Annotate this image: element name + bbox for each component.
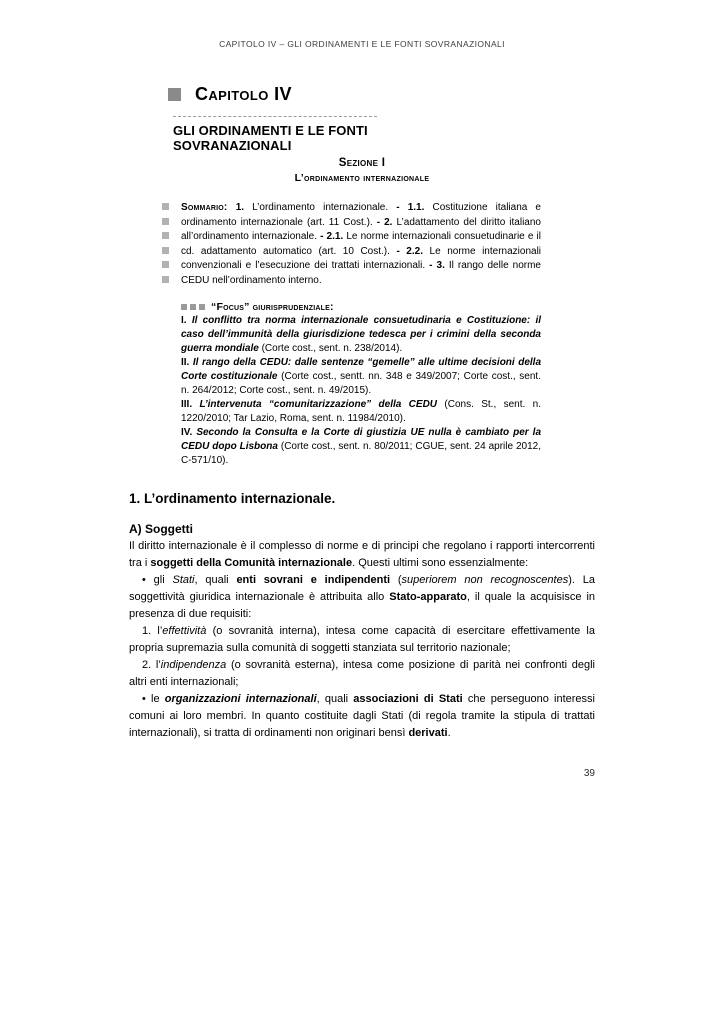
page-number: 39	[129, 768, 595, 779]
sub-heading: A) Soggetti	[129, 522, 193, 536]
chapter-label: Capitolo IV	[195, 84, 292, 105]
focus-block: “Focus” giurisprudenziale: I. Il conflit…	[181, 300, 541, 468]
chapter-square-icon	[168, 88, 181, 101]
sommario-text: Sommario: 1. L’ordinamento internazional…	[181, 201, 541, 288]
focus-item: IV. Secondo la Consulta e la Corte di gi…	[181, 426, 541, 468]
focus-item-number: I.	[181, 315, 187, 326]
chapter-title: GLI ORDINAMENTI E LE FONTI SOVRANAZIONAL…	[173, 123, 468, 153]
focus-marker-icon	[199, 304, 205, 310]
focus-item-number: II.	[181, 357, 189, 368]
body-paragraph-bullet: • le organizzazioni internazionali, qual…	[129, 691, 595, 742]
book-page: CAPITOLO IV – GLI ORDINAMENTI E LE FONTI…	[0, 0, 724, 1024]
dashed-divider	[173, 116, 377, 117]
focus-header: “Focus” giurisprudenziale:	[181, 300, 541, 314]
sommario-line-marker-icon	[162, 247, 169, 254]
sommario-line-marker-icon	[162, 232, 169, 239]
section-title: L’ordinamento internazionale	[0, 172, 724, 184]
section-kicker: Sezione I	[0, 157, 724, 169]
focus-item: II. Il rango della CEDU: dalle sentenze …	[181, 356, 541, 398]
focus-item-number: IV.	[181, 427, 192, 438]
sommario-line-marker-icon	[162, 218, 169, 225]
body-paragraph-bullet: • gli Stati, quali enti sovrani e indipe…	[129, 572, 595, 623]
focus-item: I. Il conflitto tra norma internazionale…	[181, 314, 541, 356]
paragraph-heading: 1. L’ordinamento internazionale.	[129, 491, 335, 506]
focus-item: III. L’intervenuta “comunitarizzazione” …	[181, 398, 541, 426]
body-paragraph-numbered: 2. l’indipendenza (o sovranità esterna),…	[129, 657, 595, 691]
chapter-heading-block: Capitolo IV GLI ORDINAMENTI E LE FONTI S…	[168, 84, 468, 153]
body-text: Il diritto internazionale è il complesso…	[129, 538, 595, 742]
chapter-label-row: Capitolo IV	[168, 84, 468, 105]
sommario-line-marker-icon	[162, 261, 169, 268]
focus-item-citation: (Corte cost., sent. n. 238/2014).	[262, 343, 403, 354]
body-paragraph-numbered: 1. l’effettività (o sovranità interna), …	[129, 623, 595, 657]
running-header: CAPITOLO IV – GLI ORDINAMENTI E LE FONTI…	[0, 39, 724, 49]
focus-marker-icon	[190, 304, 196, 310]
body-paragraph: Il diritto internazionale è il complesso…	[129, 538, 595, 572]
sommario-line-marker-icon	[162, 276, 169, 283]
section-heading-block: Sezione I L’ordinamento internazionale	[0, 157, 724, 184]
focus-marker-icon	[181, 304, 187, 310]
sommario-line-markers	[162, 203, 169, 290]
sommario-block: Sommario: 1. L’ordinamento internazional…	[181, 201, 541, 288]
focus-item-number: III.	[181, 399, 192, 410]
sommario-line-marker-icon	[162, 203, 169, 210]
focus-item-title: L’intervenuta “comunitarizzazione” della…	[200, 399, 438, 410]
focus-label: “Focus” giurisprudenziale:	[211, 300, 334, 314]
